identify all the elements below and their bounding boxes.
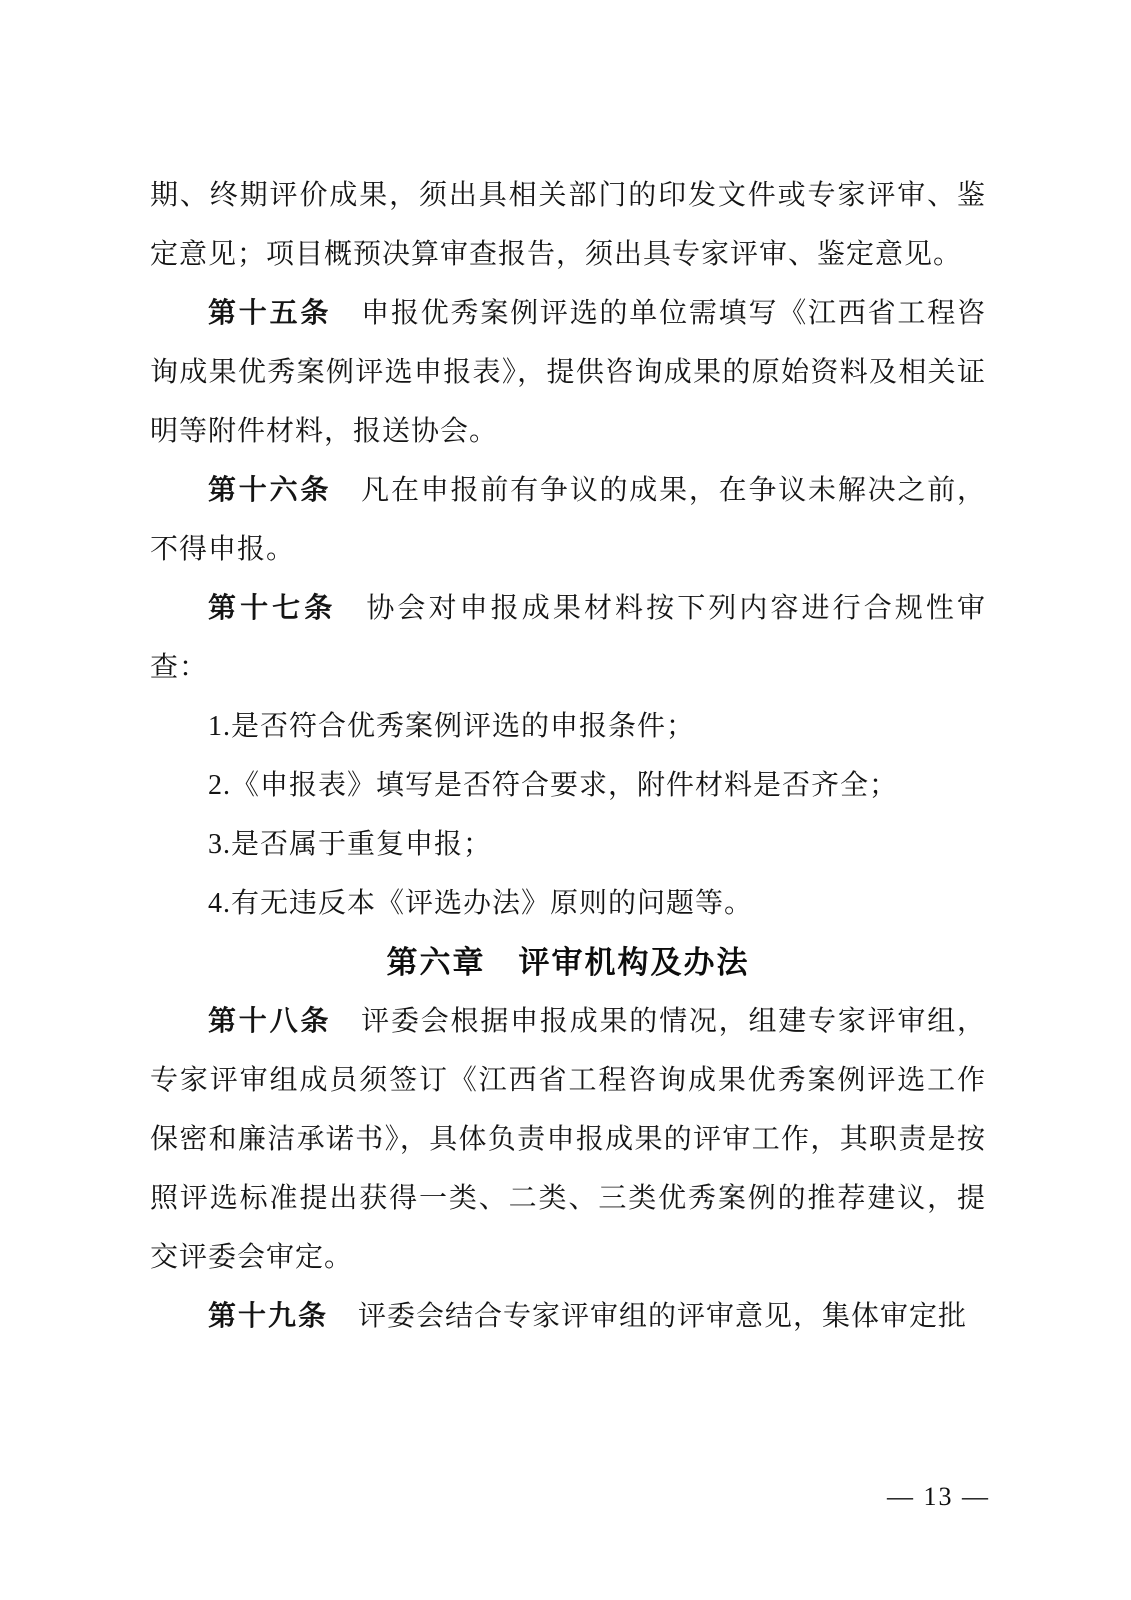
paragraph: 第十五条申报优秀案例评选的单位需填写《江西省工程咨询成果优秀案例评选申报表》，提…: [150, 284, 986, 461]
paragraph-text: 评委会根据申报成果的情况，组建专家评审组，专家评审组成员须签订《江西省工程咨询成…: [150, 1006, 986, 1273]
article-number: 第十五条: [208, 298, 331, 329]
paragraph: 1.是否符合优秀案例评选的申报条件；: [150, 697, 986, 756]
paragraph: 2.《申报表》填写是否符合要求，附件材料是否齐全；: [150, 756, 986, 815]
article-number: 第十九条: [208, 1301, 328, 1332]
article-number: 第十六条: [208, 475, 331, 506]
paragraph: 第十六条凡在申报前有争议的成果，在争议未解决之前，不得申报。: [150, 461, 986, 579]
page-number: — 13 —: [887, 1482, 990, 1512]
paragraph: 4.有无违反本《评选办法》原则的问题等。: [150, 874, 986, 933]
article-number: 第十七条: [208, 593, 336, 624]
chapter-heading: 第六章 评审机构及办法: [150, 933, 986, 992]
paragraph: 3.是否属于重复申报；: [150, 815, 986, 874]
paragraph: 第十七条协会对申报成果材料按下列内容进行合规性审查：: [150, 579, 986, 697]
paragraph-text: 评委会结合专家评审组的评审意见，集体审定批: [358, 1301, 967, 1332]
document-body: 期、终期评价成果，须出具相关部门的印发文件或专家评审、鉴定意见；项目概预决算审查…: [150, 166, 986, 1346]
paragraph: 第十九条评委会结合专家评审组的评审意见，集体审定批: [150, 1287, 986, 1346]
article-number: 第十八条: [208, 1006, 331, 1037]
document-page: 期、终期评价成果，须出具相关部门的印发文件或专家评审、鉴定意见；项目概预决算审查…: [0, 0, 1131, 1600]
paragraph: 期、终期评价成果，须出具相关部门的印发文件或专家评审、鉴定意见；项目概预决算审查…: [150, 166, 986, 284]
paragraph: 第十八条评委会根据申报成果的情况，组建专家评审组，专家评审组成员须签订《江西省工…: [150, 992, 986, 1287]
